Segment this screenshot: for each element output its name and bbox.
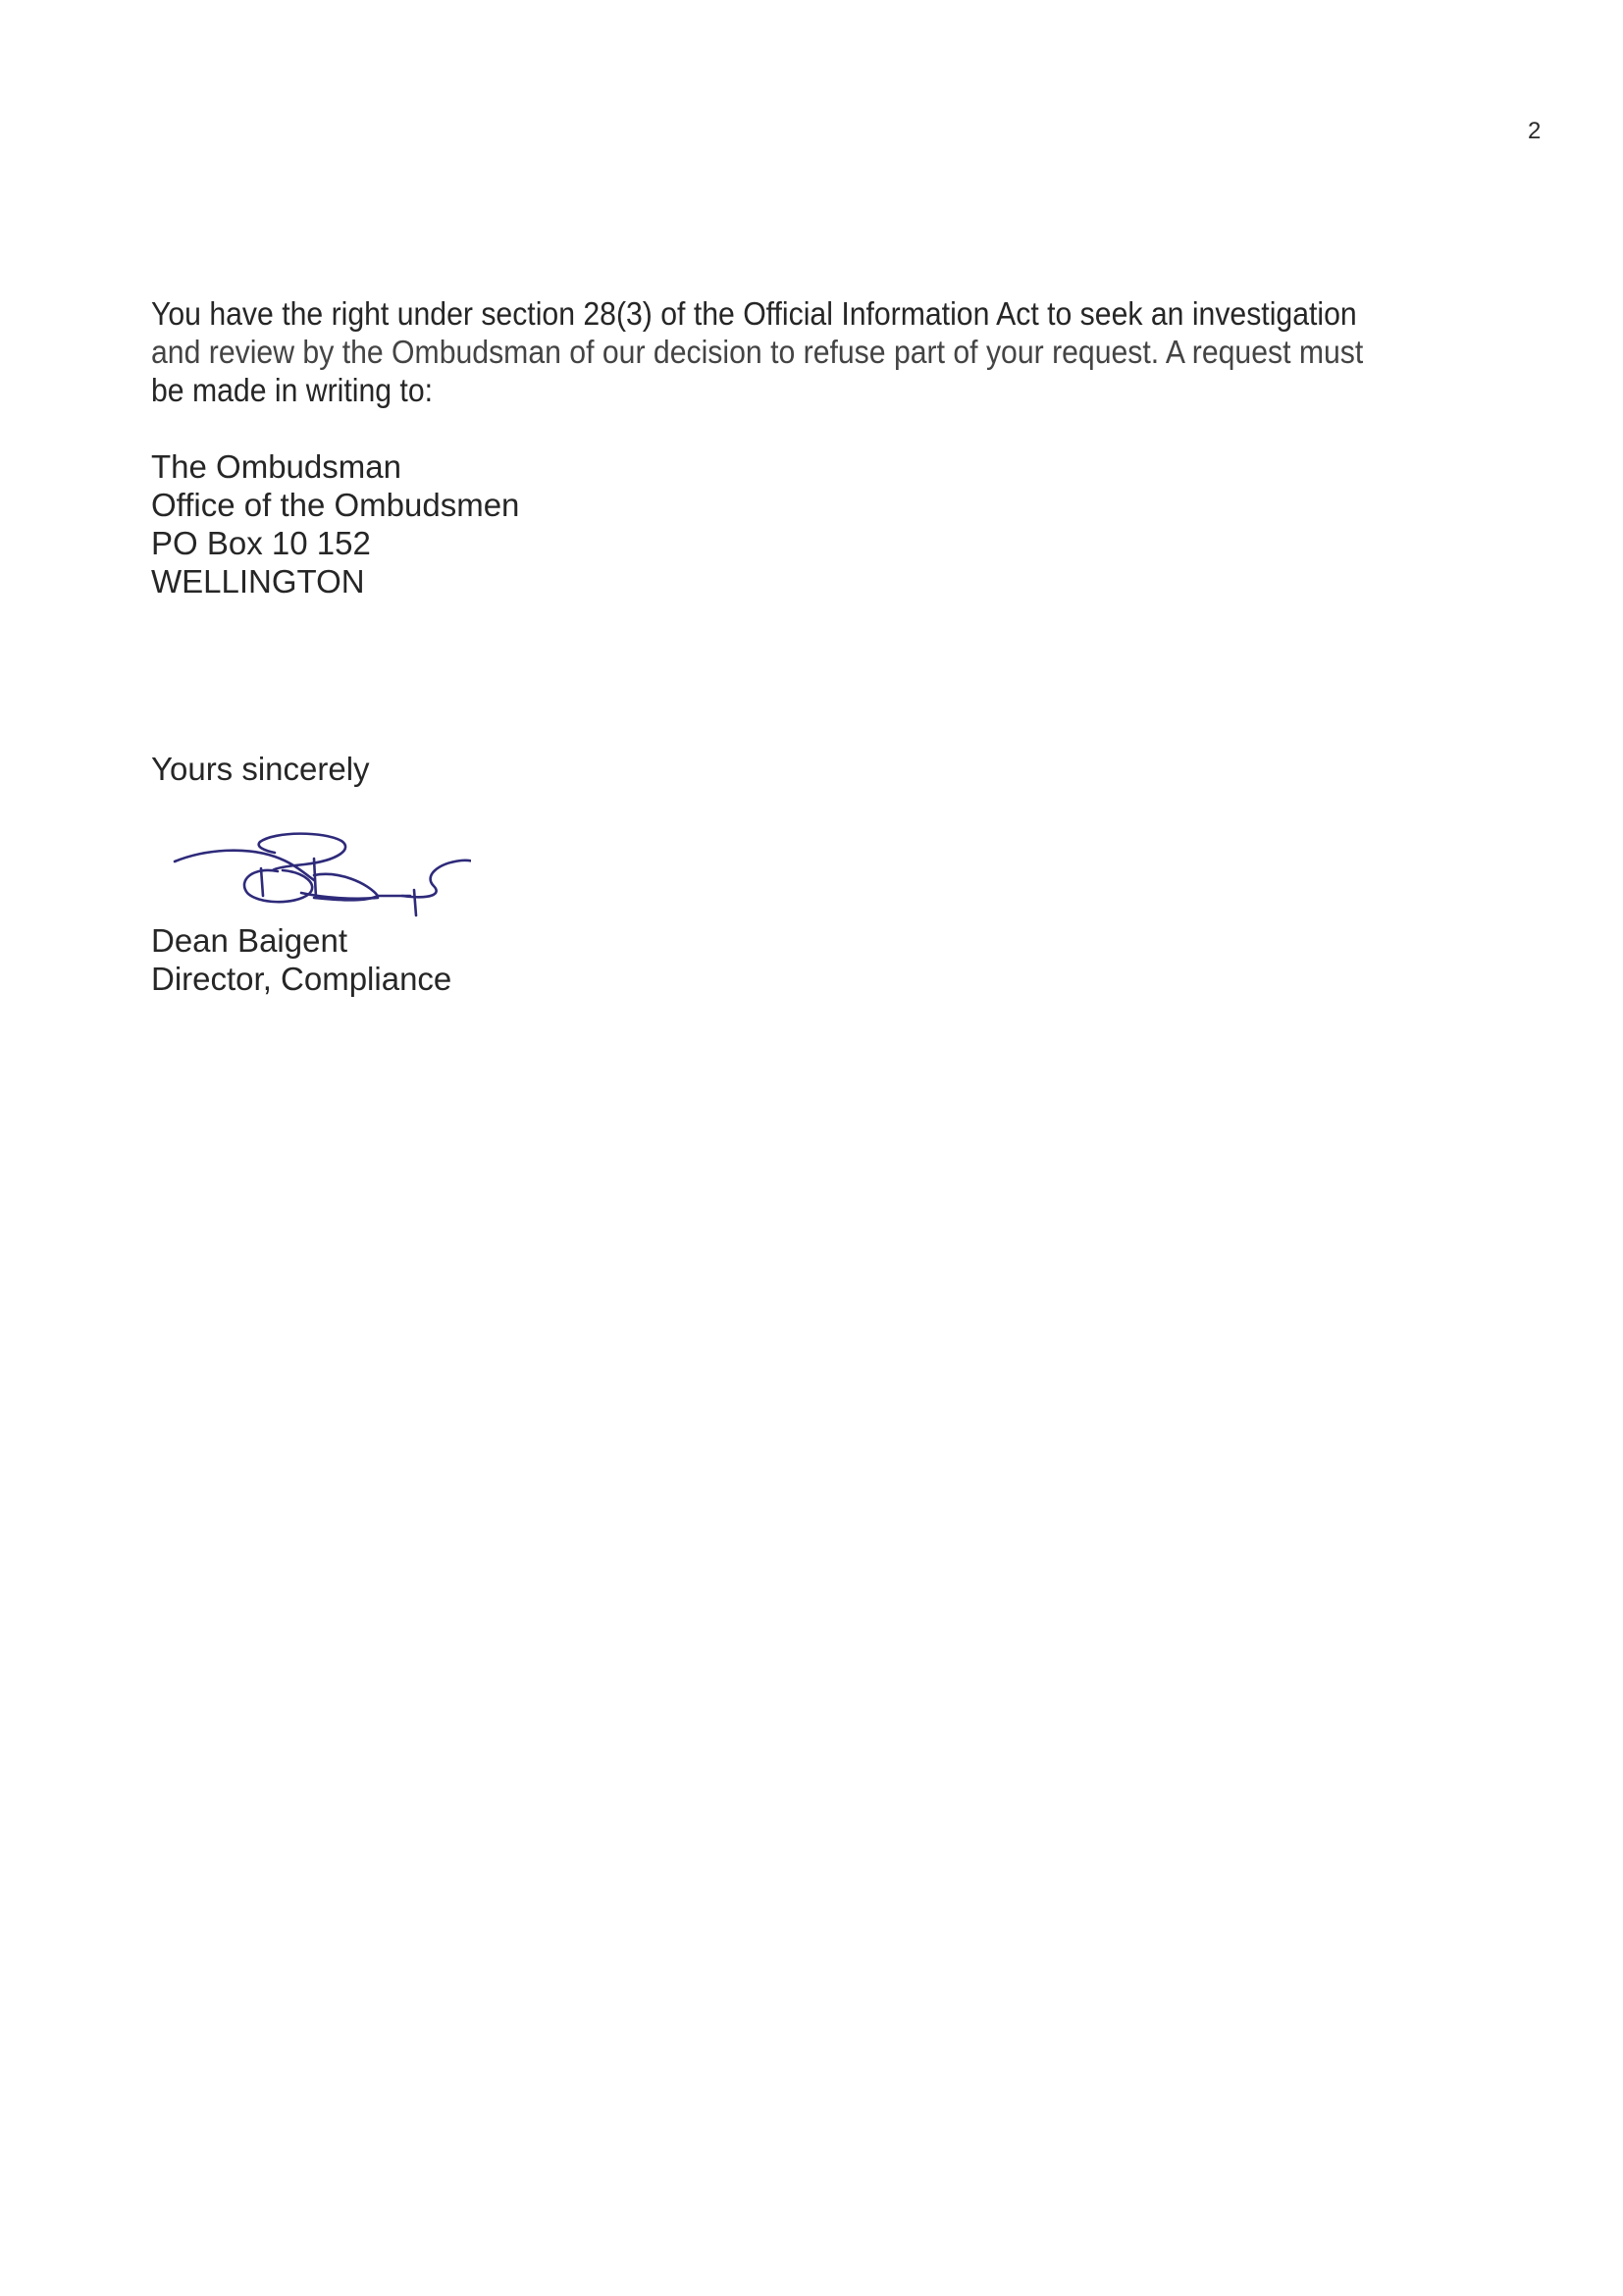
address-line: WELLINGTON bbox=[151, 562, 365, 600]
page-number: 2 bbox=[1528, 118, 1541, 145]
address-line: PO Box 10 152 bbox=[151, 524, 371, 562]
signature-icon bbox=[167, 829, 471, 927]
paragraph-line: be made in writing to: bbox=[151, 371, 433, 409]
paragraph-line: You have the right under section 28(3) o… bbox=[151, 294, 1357, 333]
signatory-name: Dean Baigent bbox=[151, 921, 347, 960]
closing-salutation: Yours sincerely bbox=[151, 750, 370, 788]
letter-page: 2 You have the right under section 28(3)… bbox=[0, 0, 1623, 2296]
paragraph-line: and review by the Ombudsman of our decis… bbox=[151, 333, 1363, 371]
address-line: Office of the Ombudsmen bbox=[151, 486, 519, 524]
address-line: The Ombudsman bbox=[151, 447, 401, 486]
signatory-title: Director, Compliance bbox=[151, 960, 451, 998]
